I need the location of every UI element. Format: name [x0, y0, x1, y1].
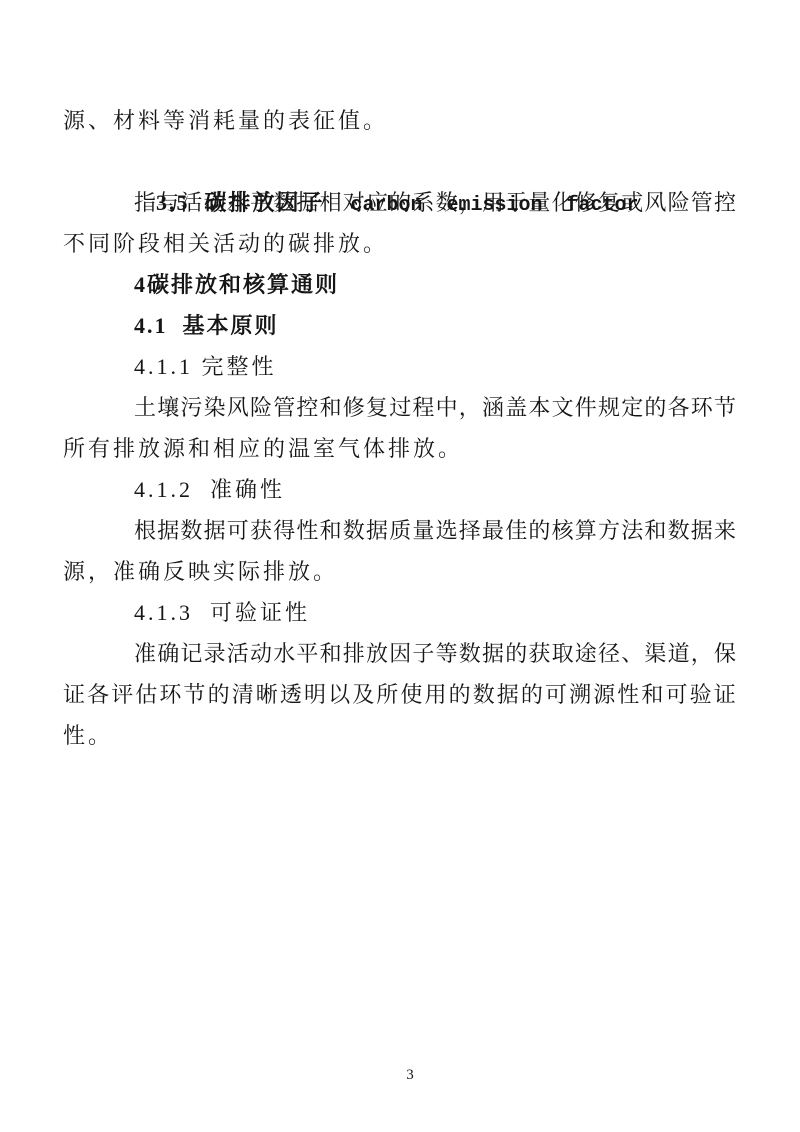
paragraph-3-5-definition-line-2: 不同阶段相关活动的碳排放。	[63, 223, 388, 264]
heading-4-1-3: 4.1.3 可验证性	[134, 592, 310, 633]
paragraph-4-1-2-line-1: 根据数据可获得性和数据质量选择最佳的核算方法和数据来	[134, 510, 737, 551]
paragraph-4-1-1-line-1: 土壤污染风险管控和修复过程中，涵盖本文件规定的各环节	[134, 387, 737, 428]
heading-4: 4碳排放和核算通则	[134, 264, 339, 305]
paragraph-4-1-3-line-1: 准确记录活动水平和排放因子等数据的获取途径、渠道，保	[134, 633, 737, 674]
page-number: 3	[0, 1060, 800, 1090]
paragraph-4-1-3-line-3: 性。	[63, 715, 113, 756]
paragraph-4-1-1-line-2: 所有排放源和相应的温室气体排放。	[63, 428, 463, 469]
paragraph-continuation-line: 源、材料等消耗量的表征值。	[63, 100, 388, 141]
heading-4-1-2: 4.1.2 准确性	[134, 469, 285, 510]
heading-4-1: 4.1 基本原则	[134, 305, 279, 346]
paragraph-4-1-3-line-2: 证各评估环节的清晰透明以及所使用的数据的可溯源性和可验证	[63, 674, 738, 715]
paragraph-3-5-definition-line-1: 指与活动水平数据相对应的系数，用于量化修复或风险管控	[134, 182, 737, 223]
paragraph-4-1-2-line-2: 源，准确反映实际排放。	[63, 551, 338, 592]
document-page: 源、材料等消耗量的表征值。 3.5 碳排放因子carbon emission f…	[0, 0, 800, 1132]
heading-4-1-1: 4.1.1 完整性	[134, 346, 277, 387]
heading-3-5: 3.5 碳排放因子carbon emission factor	[134, 141, 639, 182]
